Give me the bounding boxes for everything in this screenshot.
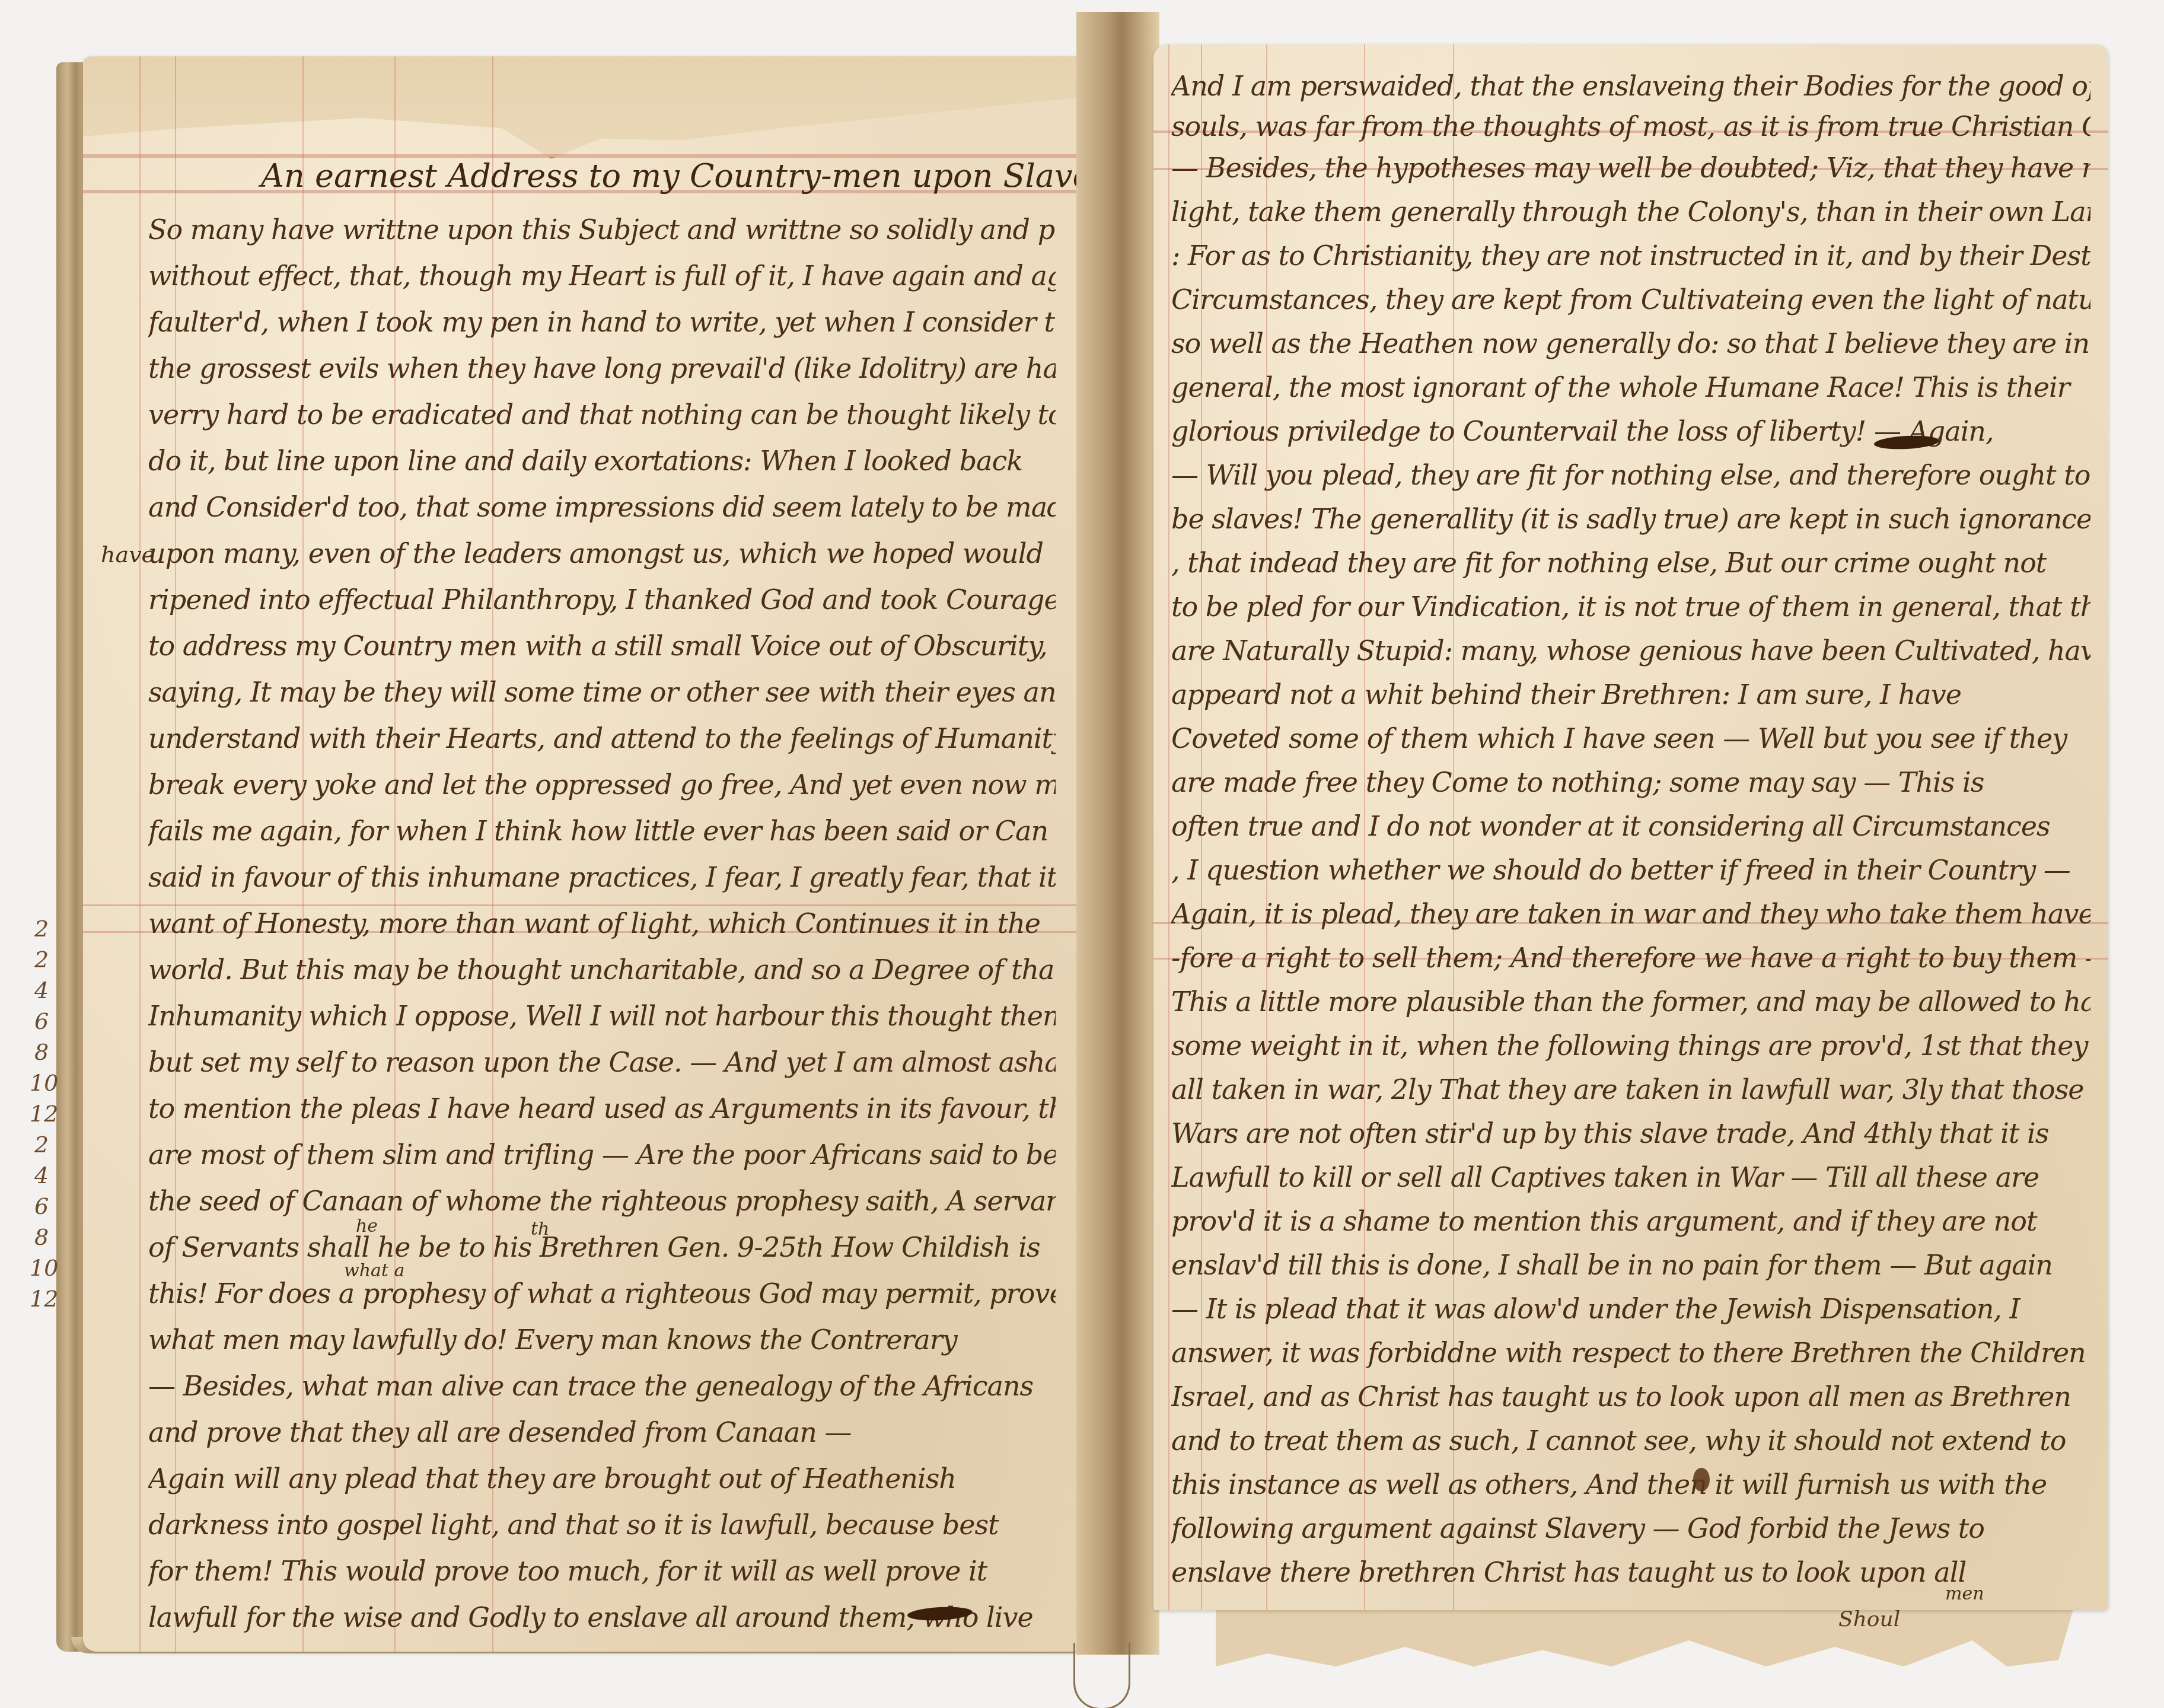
text-line: Again will any plead that they are broug… (148, 1461, 1056, 1496)
text-line: verry hard to be eradicated and that not… (148, 397, 1056, 432)
text-line: Coveted some of them which I have seen —… (1171, 721, 2090, 756)
margin-number: 12 (30, 1098, 53, 1129)
ink-stain (1693, 1468, 1710, 1492)
open-notebook: An earnest Address to my Country-men upo… (0, 0, 2164, 1708)
text-line: are Naturally Stupid: many, whose geniou… (1171, 633, 2090, 668)
text-line: do it, but line upon line and daily exor… (148, 443, 1056, 479)
text-line: answer, it was forbiddne with respect to… (1171, 1335, 2090, 1371)
interlinear-insert: men (1945, 1583, 1984, 1604)
text-line: often true and I do not wonder at it con… (1171, 808, 2090, 844)
text-line: This a little more plausible than the fo… (1171, 984, 2090, 1019)
text-line: And I am perswaided, that the enslaveing… (1171, 68, 2090, 104)
text-line: for them! This would prove too much, for… (148, 1553, 1056, 1589)
torn-page-fragment (83, 56, 1079, 159)
text-line: : For as to Christianity, they are not i… (1171, 238, 2090, 273)
margin-number: 4 (30, 975, 53, 1006)
column-rule (492, 56, 493, 1652)
text-line: Israel, and as Christ has taught us to l… (1171, 1379, 2090, 1414)
interlinear-insert: th (531, 1219, 549, 1239)
text-line: light, take them generally through the C… (1171, 194, 2090, 230)
text-line: saying, It may be they will some time or… (148, 674, 1056, 710)
margin-number: 6 (30, 1191, 53, 1222)
column-rule (302, 56, 304, 1652)
margin-number: 2 (30, 944, 53, 975)
text-line: ripened into effectual Philanthropy, I t… (148, 582, 1056, 617)
text-line: fails me again, for when I think how lit… (148, 813, 1056, 849)
text-line: some weight in it, when the following th… (1171, 1028, 2090, 1063)
text-line: , I question whether we should do better… (1171, 852, 2090, 888)
margin-rule (1168, 44, 1169, 1610)
text-line: appeard not a whit behind their Brethren… (1171, 677, 2090, 712)
text-line: understand with their Hearts, and attend… (148, 721, 1056, 756)
text-line: all taken in war, 2ly That they are take… (1171, 1072, 2090, 1107)
text-line: this! For does a prophesy of what a righ… (148, 1276, 1056, 1311)
text-line: glorious priviledge to Countervail the l… (1171, 413, 2090, 449)
torn-page-edge (1216, 1601, 2076, 1666)
margin-number: 2 (30, 1129, 53, 1160)
text-line: -fore a right to sell them; And therefor… (1171, 940, 2090, 976)
text-line: and Consider'd too, that some impression… (148, 489, 1056, 525)
margin-number: 8 (30, 1037, 53, 1067)
text-line: are most of them slim and trifling — Are… (148, 1137, 1056, 1172)
margin-note: have (101, 541, 155, 568)
text-line: following argument against Slavery — God… (1171, 1511, 2090, 1546)
text-line: want of Honesty, more than want of light… (148, 906, 1056, 941)
text-line: upon many, even of the leaders amongst u… (148, 536, 1056, 571)
text-line: world. But this may be thought uncharita… (148, 952, 1056, 987)
margin-numbers: 2 2 4 6 8 10 12 2 4 6 8 10 12 (30, 913, 53, 1314)
text-line: faulter'd, when I took my pen in hand to… (148, 304, 1056, 340)
text-line: — It is plead that it was alow'd under t… (1171, 1291, 2090, 1327)
text-line: without effect, that, though my Heart is… (148, 258, 1056, 294)
text-line: are made free they Come to nothing; some… (1171, 764, 2090, 800)
column-rule (394, 56, 396, 1652)
text-line: Wars are not often stir'd up by this sla… (1171, 1116, 2090, 1151)
text-line: souls, was far from the thoughts of most… (1171, 109, 2090, 144)
text-line: general, the most ignorant of the whole … (1171, 369, 2090, 405)
interlinear-insert: he (356, 1216, 378, 1237)
margin-rule (175, 56, 176, 1652)
margin-number: 12 (30, 1283, 53, 1314)
text-line: — Besides, the hypotheses may well be do… (1171, 150, 2090, 186)
binding-thread (1073, 1643, 1130, 1708)
text-line: so well as the Heathen now generally do:… (1171, 326, 2090, 361)
text-line: — Will you plead, they are fit for nothi… (1171, 457, 2090, 493)
margin-number: 10 (30, 1253, 53, 1283)
text-line: Lawfull to kill or sell all Captives tak… (1171, 1159, 2090, 1195)
text-line: to mention the pleas I have heard used a… (148, 1091, 1056, 1126)
interlinear-insert: what a (344, 1260, 404, 1281)
text-line: the seed of Canaan of whome the righteou… (148, 1183, 1056, 1219)
text-line: and prove that they all are desended fro… (148, 1414, 1056, 1450)
margin-number: 6 (30, 1006, 53, 1037)
text-line: this instance as well as others, And the… (1171, 1467, 2090, 1502)
text-line: , that indead they are fit for nothing e… (1171, 545, 2090, 581)
manuscript-title: An earnest Address to my Country-men upo… (261, 157, 1062, 195)
margin-number: 4 (30, 1160, 53, 1191)
text-line: Inhumanity which I oppose, Well I will n… (148, 998, 1056, 1034)
text-line: — Besides, what man alive can trace the … (148, 1368, 1056, 1404)
text-line: what men may lawfully do! Every man know… (148, 1322, 1056, 1358)
text-line: Circumstances, they are kept from Cultiv… (1171, 282, 2090, 317)
text-line: darkness into gospel light, and that so … (148, 1507, 1056, 1543)
margin-number: 10 (30, 1067, 53, 1098)
margin-rule (139, 56, 141, 1652)
margin-number: 2 (30, 913, 53, 944)
text-line: So many have writtne upon this Subject a… (148, 212, 1056, 247)
text-line: of Servants shall he be to his Brethren … (148, 1229, 1056, 1265)
book-spine-gutter (1076, 12, 1159, 1655)
text-line: Again, it is plead, they are taken in wa… (1171, 896, 2090, 932)
text-line: prov'd it is a shame to mention this arg… (1171, 1203, 2090, 1239)
text-line: to be pled for our Vindication, it is no… (1171, 589, 2090, 624)
margin-number: 8 (30, 1222, 53, 1253)
text-line: break every yoke and let the oppressed g… (148, 767, 1056, 802)
text-line: the grossest evils when they have long p… (148, 350, 1056, 386)
text-line: enslav'd till this is done, I shall be i… (1171, 1247, 2090, 1283)
text-line: and to treat them as such, I cannot see,… (1171, 1423, 2090, 1458)
text-line: but set my self to reason upon the Case.… (148, 1044, 1056, 1080)
left-page: An earnest Address to my Country-men upo… (83, 56, 1079, 1652)
torn-tab-text: Shoul (1838, 1607, 1900, 1631)
text-line: said in favour of this inhumane practice… (148, 859, 1056, 895)
text-line: be slaves! The generallity (it is sadly … (1171, 501, 2090, 537)
right-page: And I am perswaided, that the enslaveing… (1153, 44, 2108, 1610)
text-line: to address my Country men with a still s… (148, 628, 1056, 664)
